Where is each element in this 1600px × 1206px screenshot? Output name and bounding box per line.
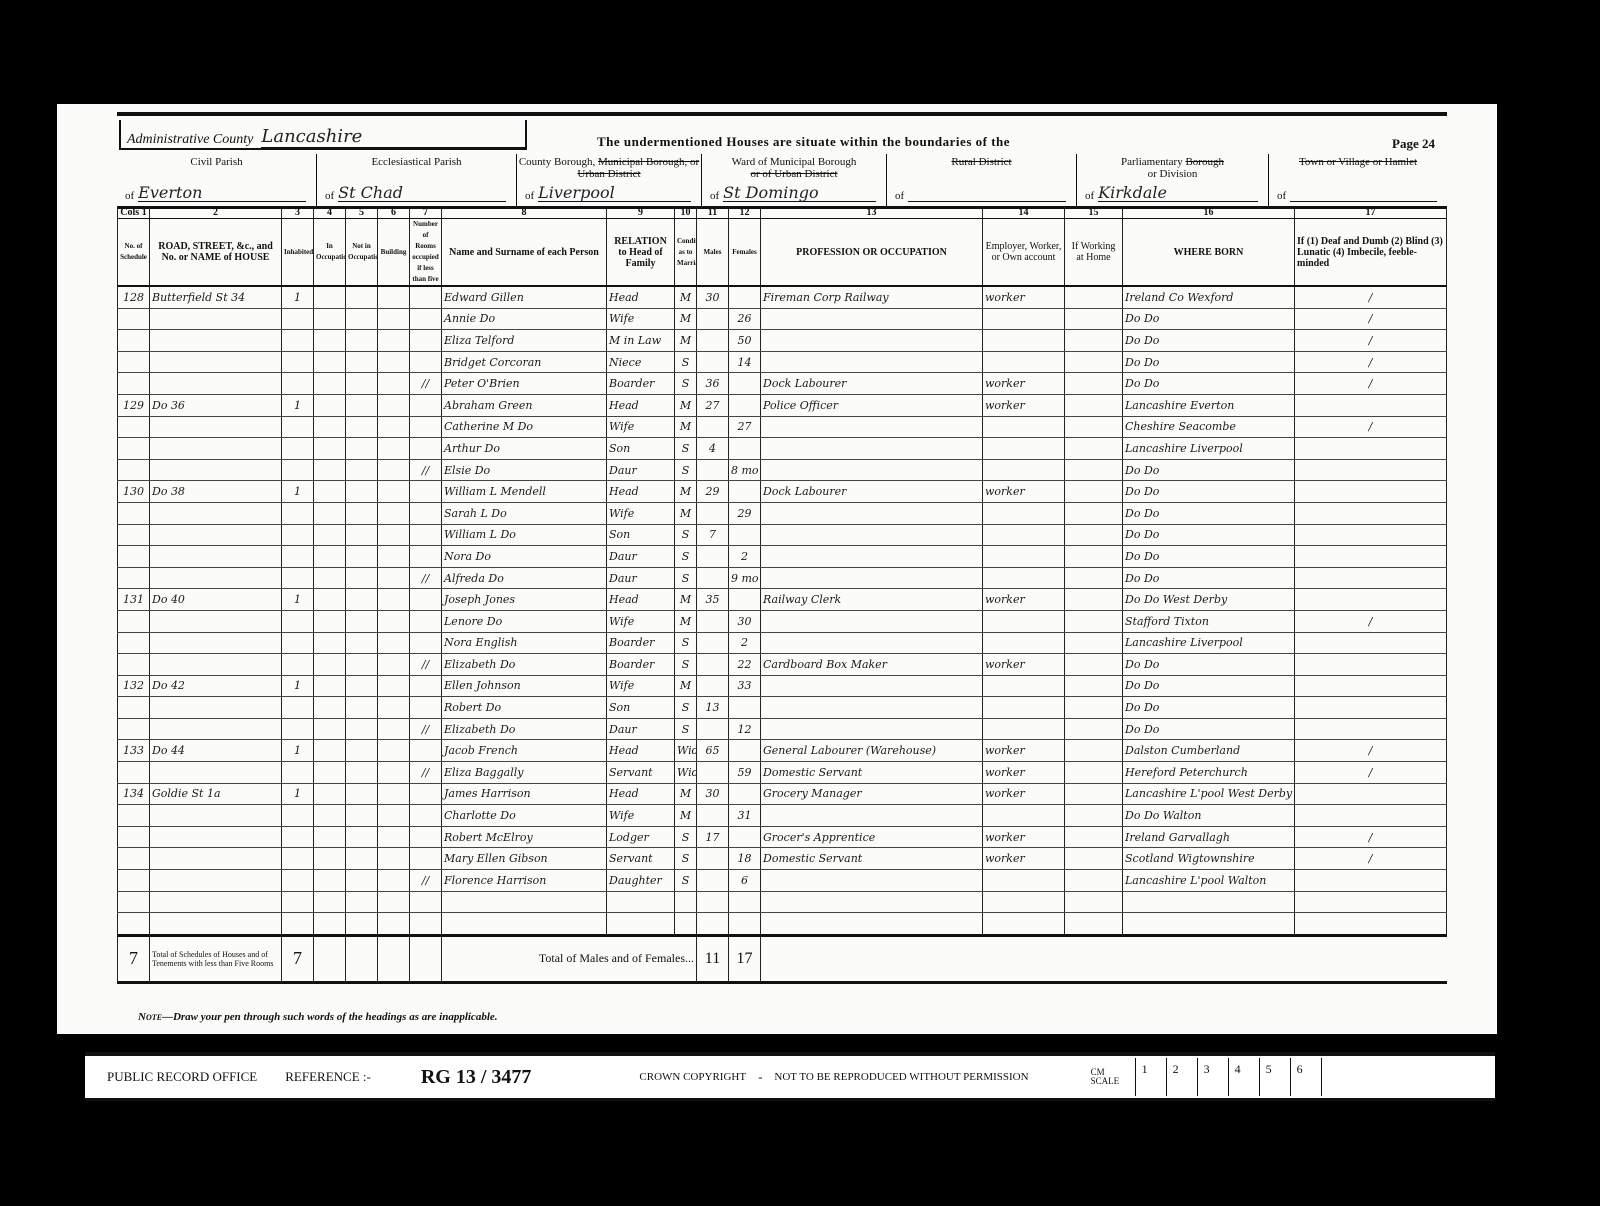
schedule-number xyxy=(118,697,150,719)
relation: Niece xyxy=(607,351,675,373)
address xyxy=(150,416,282,438)
address xyxy=(150,697,282,719)
relation: Daur xyxy=(607,459,675,481)
infirmity: / xyxy=(1295,848,1447,870)
relation: Son xyxy=(607,697,675,719)
scale-label: CM SCALE xyxy=(1091,1068,1121,1086)
scale-mark: 5 xyxy=(1259,1058,1290,1096)
county-borough: County Borough, Municipal Borough, or Ur… xyxy=(517,154,702,206)
town-value xyxy=(1290,201,1437,202)
in-occupation xyxy=(314,762,346,784)
person-name: William L Mendell xyxy=(442,481,607,503)
age-male xyxy=(697,632,729,654)
table-row: //Eliza BaggallyServantWid59Domestic Ser… xyxy=(118,762,1447,784)
working-at-home xyxy=(1065,308,1123,330)
employment-status: worker xyxy=(983,783,1065,805)
where-born: Lancashire Liverpool xyxy=(1123,632,1295,654)
relation: Boarder xyxy=(607,632,675,654)
age-male: 29 xyxy=(697,481,729,503)
column-numbers: Cols 1 2 3 4 5 6 7 8 9 10 11 12 13 14 15… xyxy=(118,207,1447,219)
table-row: Nora DoDaurS2Do Do xyxy=(118,546,1447,568)
table-row: Eliza TelfordM in LawM50Do Do/ xyxy=(118,330,1447,352)
copyright: CROWN COPYRIGHT xyxy=(639,1071,746,1083)
age-male: 7 xyxy=(697,524,729,546)
table-row: //Elizabeth DoBoarderS22Cardboard Box Ma… xyxy=(118,654,1447,676)
marital-condition: S xyxy=(675,459,697,481)
header-inhabited: Inhabited xyxy=(282,219,314,287)
age-male xyxy=(697,546,729,568)
age-male xyxy=(697,308,729,330)
town-label: Town or Village or Hamlet xyxy=(1269,156,1447,168)
occupation xyxy=(761,438,983,460)
schedule-number xyxy=(118,502,150,524)
col-num: 6 xyxy=(378,207,410,219)
town-village-hamlet: Town or Village or Hamlet of xyxy=(1269,154,1447,206)
rooms xyxy=(410,438,442,460)
schedule-number: 133 xyxy=(118,740,150,762)
where-born: Do Do xyxy=(1123,459,1295,481)
census-rows: 128Butterfield St 341Edward GillenHeadM3… xyxy=(118,286,1447,935)
not-in-occupation xyxy=(346,524,378,546)
in-occupation xyxy=(314,632,346,654)
rooms xyxy=(410,308,442,330)
age-male: 27 xyxy=(697,394,729,416)
of-label: of xyxy=(1277,190,1286,202)
inhabited xyxy=(282,351,314,373)
in-occupation xyxy=(314,373,346,395)
record-office: PUBLIC RECORD OFFICE xyxy=(107,1069,257,1085)
empty-cell xyxy=(346,935,378,982)
infirmity: / xyxy=(1295,330,1447,352)
rooms xyxy=(410,330,442,352)
occupation: Grocer's Apprentice xyxy=(761,826,983,848)
rooms xyxy=(410,913,442,936)
form-note: Note—Draw your pen through such words of… xyxy=(138,1011,498,1023)
building xyxy=(378,826,410,848)
marital-condition: M xyxy=(675,805,697,827)
occupation xyxy=(761,718,983,740)
address: Do 40 xyxy=(150,589,282,611)
rooms xyxy=(410,546,442,568)
employment-status: worker xyxy=(983,394,1065,416)
rooms: // xyxy=(410,459,442,481)
age-female xyxy=(729,394,761,416)
employment-status: worker xyxy=(983,654,1065,676)
rooms xyxy=(410,826,442,848)
of-label: of xyxy=(1085,190,1094,202)
marital-condition: Wid xyxy=(675,740,697,762)
marital-condition: M xyxy=(675,416,697,438)
total-inhabited: 7 xyxy=(282,935,314,982)
building xyxy=(378,589,410,611)
not-in-occupation xyxy=(346,740,378,762)
of-label: of xyxy=(525,190,534,202)
in-occupation xyxy=(314,351,346,373)
rooms: // xyxy=(410,762,442,784)
total-females: 17 xyxy=(729,935,761,982)
where-born: Do Do xyxy=(1123,524,1295,546)
struck-label: or of Urban District xyxy=(702,168,886,180)
header-name: Name and Surname of each Person xyxy=(442,219,607,287)
in-occupation xyxy=(314,805,346,827)
totals-row: 7 Total of Schedules of Houses and of Te… xyxy=(118,935,1447,982)
not-in-occupation xyxy=(346,286,378,308)
header-not-in-occupation: Not in Occupation xyxy=(346,219,378,287)
infirmity xyxy=(1295,459,1447,481)
age-female: 6 xyxy=(729,870,761,892)
age-male xyxy=(697,762,729,784)
inhabited xyxy=(282,870,314,892)
boundary-divisions: Civil Parish ofEverton Ecclesiastical Pa… xyxy=(117,154,1447,209)
age-female xyxy=(729,826,761,848)
inhabited xyxy=(282,654,314,676)
address: Do 42 xyxy=(150,675,282,697)
scale-mark: 4 xyxy=(1228,1058,1259,1096)
not-in-occupation xyxy=(346,308,378,330)
working-at-home xyxy=(1065,459,1123,481)
building xyxy=(378,330,410,352)
where-born: Dalston Cumberland xyxy=(1123,740,1295,762)
ecclesiastical-parish: Ecclesiastical Parish ofSt Chad xyxy=(317,154,517,206)
relation: Wife xyxy=(607,610,675,632)
table-row: 132Do 421Ellen JohnsonWifeM33Do Do xyxy=(118,675,1447,697)
note-label: Note xyxy=(138,1011,162,1023)
building xyxy=(378,697,410,719)
marital-condition: M xyxy=(675,330,697,352)
inhabited xyxy=(282,762,314,784)
schedule-number xyxy=(118,870,150,892)
working-at-home xyxy=(1065,589,1123,611)
ecclesiastical-parish-value: St Chad xyxy=(338,185,506,202)
relation: Servant xyxy=(607,762,675,784)
age-female xyxy=(729,524,761,546)
inhabited: 1 xyxy=(282,286,314,308)
in-occupation xyxy=(314,848,346,870)
not-in-occupation xyxy=(346,783,378,805)
col-num: 7 xyxy=(410,207,442,219)
infirmity xyxy=(1295,870,1447,892)
person-name xyxy=(442,913,607,936)
where-born: Do Do xyxy=(1123,330,1295,352)
rooms xyxy=(410,740,442,762)
header-occupation: PROFESSION OR OCCUPATION xyxy=(761,219,983,287)
cm-scale: 1 2 3 4 5 6 xyxy=(1135,1058,1401,1096)
schedule-number xyxy=(118,718,150,740)
rooms xyxy=(410,632,442,654)
table-row: Nora EnglishBoarderS2Lancashire Liverpoo… xyxy=(118,632,1447,654)
address xyxy=(150,913,282,936)
inhabited xyxy=(282,913,314,936)
building xyxy=(378,567,410,589)
infirmity xyxy=(1295,546,1447,568)
relation: Son xyxy=(607,524,675,546)
rooms: // xyxy=(410,567,442,589)
address xyxy=(150,610,282,632)
person-name: Annie Do xyxy=(442,308,607,330)
in-occupation xyxy=(314,826,346,848)
employment-status: worker xyxy=(983,848,1065,870)
marital-condition: S xyxy=(675,697,697,719)
in-occupation xyxy=(314,697,346,719)
rooms xyxy=(410,394,442,416)
rooms xyxy=(410,416,442,438)
building xyxy=(378,373,410,395)
header-building: Building xyxy=(378,219,410,287)
where-born: Do Do xyxy=(1123,718,1295,740)
person-name: Catherine M Do xyxy=(442,416,607,438)
occupation xyxy=(761,330,983,352)
infirmity xyxy=(1295,632,1447,654)
address xyxy=(150,330,282,352)
person-name: Nora English xyxy=(442,632,607,654)
not-in-occupation xyxy=(346,826,378,848)
person-name: Arthur Do xyxy=(442,438,607,460)
scale-mark: 2 xyxy=(1166,1058,1197,1096)
inhabited xyxy=(282,632,314,654)
in-occupation xyxy=(314,891,346,913)
person-name: William L Do xyxy=(442,524,607,546)
schedule-number: 129 xyxy=(118,394,150,416)
marital-condition: M xyxy=(675,610,697,632)
working-at-home xyxy=(1065,697,1123,719)
working-at-home xyxy=(1065,416,1123,438)
inhabited xyxy=(282,567,314,589)
reference-label: REFERENCE :- xyxy=(285,1069,371,1085)
occupation: Police Officer xyxy=(761,394,983,416)
rooms xyxy=(410,805,442,827)
age-male xyxy=(697,848,729,870)
where-born: Ireland Garvallagh xyxy=(1123,826,1295,848)
marital-condition: M xyxy=(675,481,697,503)
person-name: Mary Ellen Gibson xyxy=(442,848,607,870)
ward-value: St Domingo xyxy=(723,185,876,202)
header-rooms: Number of Rooms occupied if less than fi… xyxy=(410,219,442,287)
building xyxy=(378,286,410,308)
person-name: Edward Gillen xyxy=(442,286,607,308)
building xyxy=(378,675,410,697)
occupation: Dock Labourer xyxy=(761,481,983,503)
building xyxy=(378,524,410,546)
census-form: Administrative County Lancashire The und… xyxy=(117,112,1447,1022)
relation: Lodger xyxy=(607,826,675,848)
building xyxy=(378,740,410,762)
employment-status xyxy=(983,805,1065,827)
parliamentary-label-text: Parliamentary xyxy=(1121,156,1183,168)
address xyxy=(150,805,282,827)
col-num: 12 xyxy=(729,207,761,219)
where-born: Do Do xyxy=(1123,351,1295,373)
table-row: Arthur DoSonS4Lancashire Liverpool xyxy=(118,438,1447,460)
age-female: 33 xyxy=(729,675,761,697)
schedule-number: 128 xyxy=(118,286,150,308)
infirmity: / xyxy=(1295,286,1447,308)
infirmity: / xyxy=(1295,762,1447,784)
in-occupation xyxy=(314,330,346,352)
col-num: 15 xyxy=(1065,207,1123,219)
employment-status xyxy=(983,351,1065,373)
ecclesiastical-parish-label: Ecclesiastical Parish xyxy=(317,156,516,168)
age-female: 12 xyxy=(729,718,761,740)
marital-condition: S xyxy=(675,632,697,654)
inhabited xyxy=(282,373,314,395)
table-row: Annie DoWifeM26Do Do/ xyxy=(118,308,1447,330)
where-born: Lancashire L'pool West Derby xyxy=(1123,783,1295,805)
census-table: Cols 1 2 3 4 5 6 7 8 9 10 11 12 13 14 15… xyxy=(117,207,1447,984)
employment-status xyxy=(983,502,1065,524)
age-male xyxy=(697,870,729,892)
marital-condition: S xyxy=(675,654,697,676)
table-row: 131Do 401Joseph JonesHeadM35Railway Cler… xyxy=(118,589,1447,611)
person-name: Eliza Telford xyxy=(442,330,607,352)
in-occupation xyxy=(314,740,346,762)
age-male xyxy=(697,913,729,936)
infirmity xyxy=(1295,783,1447,805)
relation: Head xyxy=(607,481,675,503)
struck-label: Borough xyxy=(1185,156,1224,168)
building xyxy=(378,783,410,805)
schedule-number xyxy=(118,373,150,395)
relation xyxy=(607,891,675,913)
age-female: 18 xyxy=(729,848,761,870)
rooms xyxy=(410,610,442,632)
infirmity: / xyxy=(1295,826,1447,848)
age-male xyxy=(697,675,729,697)
age-male xyxy=(697,610,729,632)
age-male: 30 xyxy=(697,286,729,308)
in-occupation xyxy=(314,610,346,632)
address xyxy=(150,870,282,892)
relation: Daur xyxy=(607,567,675,589)
schedule-number xyxy=(118,913,150,936)
working-at-home xyxy=(1065,351,1123,373)
employment-status xyxy=(983,610,1065,632)
building xyxy=(378,308,410,330)
not-in-occupation xyxy=(346,373,378,395)
of-label: of xyxy=(325,190,334,202)
schedule-number xyxy=(118,524,150,546)
address xyxy=(150,718,282,740)
address xyxy=(150,373,282,395)
rooms: // xyxy=(410,373,442,395)
not-in-occupation xyxy=(346,697,378,719)
table-row: //Alfreda DoDaurS9 moDo Do xyxy=(118,567,1447,589)
age-female xyxy=(729,589,761,611)
working-at-home xyxy=(1065,718,1123,740)
employment-status xyxy=(983,567,1065,589)
relation: Daur xyxy=(607,718,675,740)
relation: Daughter xyxy=(607,870,675,892)
inhabited xyxy=(282,308,314,330)
parliamentary-label: Parliamentary Borough xyxy=(1077,156,1268,168)
address: Do 36 xyxy=(150,394,282,416)
person-name: Sarah L Do xyxy=(442,502,607,524)
occupation xyxy=(761,891,983,913)
header-infirmity: If (1) Deaf and Dumb (2) Blind (3) Lunat… xyxy=(1295,219,1447,287)
age-female xyxy=(729,891,761,913)
occupation: Railway Clerk xyxy=(761,589,983,611)
age-female xyxy=(729,438,761,460)
employment-status xyxy=(983,416,1065,438)
building xyxy=(378,632,410,654)
building xyxy=(378,459,410,481)
relation xyxy=(607,913,675,936)
division-label: or Division xyxy=(1077,168,1268,180)
occupation xyxy=(761,502,983,524)
relation: Head xyxy=(607,783,675,805)
infirmity xyxy=(1295,481,1447,503)
working-at-home xyxy=(1065,373,1123,395)
relation: Wife xyxy=(607,805,675,827)
building xyxy=(378,394,410,416)
working-at-home xyxy=(1065,481,1123,503)
age-female xyxy=(729,697,761,719)
table-row: 133Do 441Jacob FrenchHeadWid65General La… xyxy=(118,740,1447,762)
occupation: Fireman Corp Railway xyxy=(761,286,983,308)
marital-condition: M xyxy=(675,394,697,416)
working-at-home xyxy=(1065,762,1123,784)
working-at-home xyxy=(1065,567,1123,589)
rooms xyxy=(410,589,442,611)
infirmity xyxy=(1295,524,1447,546)
schedule-number: 132 xyxy=(118,675,150,697)
form-header: Administrative County Lancashire The und… xyxy=(117,112,1447,156)
working-at-home xyxy=(1065,783,1123,805)
where-born: Stafford Tixton xyxy=(1123,610,1295,632)
age-male: 17 xyxy=(697,826,729,848)
schedule-number: 134 xyxy=(118,783,150,805)
occupation: Domestic Servant xyxy=(761,848,983,870)
table-row: Lenore DoWifeM30Stafford Tixton/ xyxy=(118,610,1447,632)
header-where-born: WHERE BORN xyxy=(1123,219,1295,287)
person-name: Jacob French xyxy=(442,740,607,762)
age-female: 30 xyxy=(729,610,761,632)
age-male xyxy=(697,416,729,438)
relation: Head xyxy=(607,589,675,611)
page-number: Page 24 xyxy=(1392,136,1435,152)
inhabited: 1 xyxy=(282,589,314,611)
person-name: Nora Do xyxy=(442,546,607,568)
rooms xyxy=(410,675,442,697)
age-male xyxy=(697,891,729,913)
occupation: Grocery Manager xyxy=(761,783,983,805)
marital-condition: S xyxy=(675,718,697,740)
working-at-home xyxy=(1065,286,1123,308)
employment-status xyxy=(983,459,1065,481)
occupation xyxy=(761,546,983,568)
employment-status xyxy=(983,891,1065,913)
relation: Wife xyxy=(607,308,675,330)
age-male: 30 xyxy=(697,783,729,805)
schedule-number xyxy=(118,351,150,373)
employment-status xyxy=(983,438,1065,460)
table-row: //Elizabeth DoDaurS12Do Do xyxy=(118,718,1447,740)
in-occupation xyxy=(314,502,346,524)
in-occupation xyxy=(314,546,346,568)
inhabited xyxy=(282,697,314,719)
schedule-number xyxy=(118,416,150,438)
schedule-number xyxy=(118,848,150,870)
infirmity xyxy=(1295,913,1447,936)
col-num: 14 xyxy=(983,207,1065,219)
table-row: Catherine M DoWifeM27Cheshire Seacombe/ xyxy=(118,416,1447,438)
address xyxy=(150,308,282,330)
inhabited: 1 xyxy=(282,394,314,416)
in-occupation xyxy=(314,870,346,892)
administrative-county: Administrative County Lancashire xyxy=(119,120,527,150)
table-row: //Florence HarrisonDaughterS6Lancashire … xyxy=(118,870,1447,892)
schedule-number xyxy=(118,546,150,568)
where-born: Do Do xyxy=(1123,481,1295,503)
